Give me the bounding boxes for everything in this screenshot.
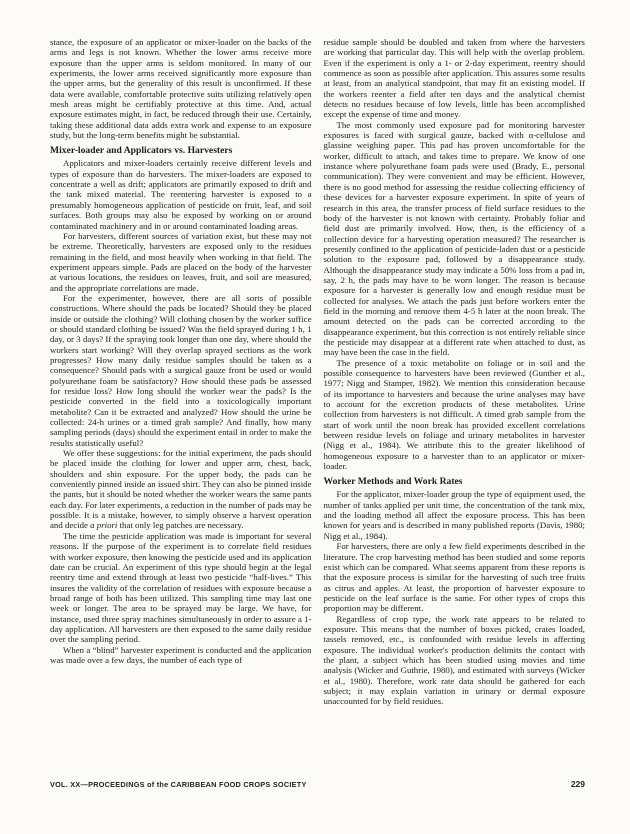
paragraph-experimenter-questions: For the experimenter, however, there are… — [50, 293, 312, 448]
section-heading-worker-methods: Worker Methods and Work Rates — [324, 476, 586, 487]
paragraph-applicator-group: For the applicator, mixer-loader group t… — [324, 489, 586, 541]
paragraph-work-rate: Regardless of crop type, the work rate a… — [324, 614, 586, 707]
document-page: stance, the exposure of an applicator or… — [0, 0, 630, 834]
paragraph-text: We offer these suggestions: for the init… — [50, 448, 312, 530]
paragraph-harvester-experiments: For harvesters, there are only a few fie… — [324, 541, 586, 613]
paragraph-text: that only leg patches are necessary. — [117, 520, 243, 530]
page-number: 229 — [571, 779, 585, 789]
section-heading-mixer-loader-vs-harvesters: Mixer-loader and Applicators vs. Harvest… — [50, 145, 312, 156]
left-column: stance, the exposure of an applicator or… — [50, 37, 312, 707]
footer-journal-line: VOL. XX—PROCEEDINGS of the CARIBBEAN FOO… — [50, 780, 307, 789]
paragraph-blind-experiment: When a “blind” harvester experiment is c… — [50, 645, 312, 666]
latin-phrase-italic: a priori — [90, 520, 117, 530]
paragraph-continuation: stance, the exposure of an applicator or… — [50, 37, 312, 140]
right-column: residue sample should be doubled and tak… — [324, 37, 586, 707]
paragraph-toxic-metabolite: The presence of a toxic metabolite on fo… — [324, 358, 586, 472]
page-footer: VOL. XX—PROCEEDINGS of the CARIBBEAN FOO… — [50, 779, 585, 789]
paragraph-exposure-pad: The most commonly used exposure pad for … — [324, 120, 586, 358]
two-column-text-body: stance, the exposure of an applicator or… — [50, 37, 585, 707]
paragraph-pad-suggestions: We offer these suggestions: for the init… — [50, 448, 312, 531]
paragraph-residue-sample: residue sample should be doubled and tak… — [324, 37, 586, 120]
paragraph-application-time: The time the pesticide application was m… — [50, 531, 312, 645]
paragraph-harvesters-variation: For harvesters, different sources of var… — [50, 231, 312, 293]
paragraph-applicators-exposure: Applicators and mixer-loaders certainly … — [50, 158, 312, 230]
